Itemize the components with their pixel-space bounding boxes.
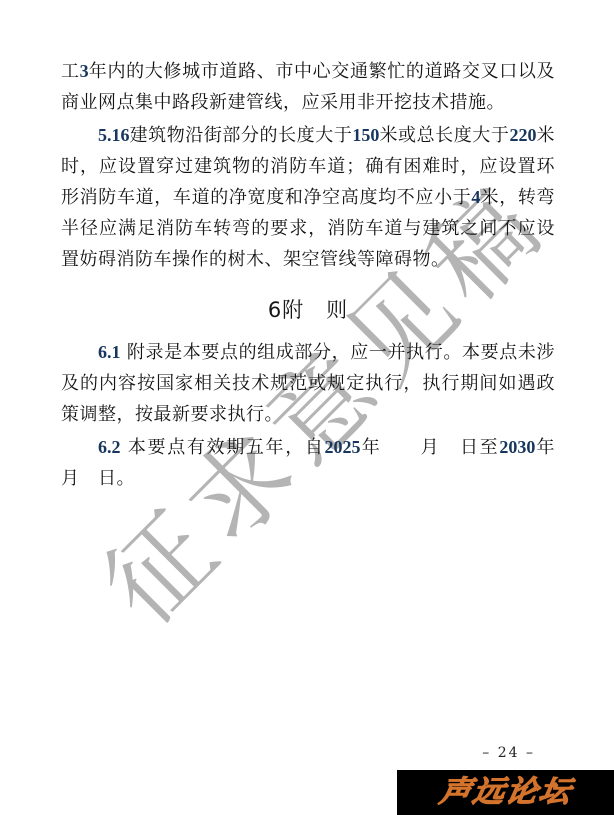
document-page: 征求意见稿 工3年内的大修城市道路、市中心交通繁忙的道路交叉口以及商业网点集中路… <box>0 0 614 815</box>
body-paragraph-6-2: 6.2 本要点有效期五年，自2025年 月 日至2030年 月 日。 <box>61 432 555 494</box>
forum-logo-text: 声远论坛 <box>437 778 574 807</box>
section-heading-6: 6附 则 <box>61 296 555 324</box>
document-body: 工3年内的大修城市道路、市中心交通繁忙的道路交叉口以及商业网点集中路段新建管线，… <box>61 56 555 494</box>
forum-logo: 声远论坛 <box>397 770 614 815</box>
body-paragraph-continuation: 工3年内的大修城市道路、市中心交通繁忙的道路交叉口以及商业网点集中路段新建管线，… <box>61 56 555 118</box>
body-paragraph-5-16: 5.16建筑物沿街部分的长度大于150米或总长度大于220米时，应设置穿过建筑物… <box>61 120 555 275</box>
body-paragraph-6-1: 6.1 附录是本要点的组成部分，应一并执行。本要点未涉及的内容按国家相关技术规范… <box>61 337 555 430</box>
page-number: – 24 – <box>482 745 535 761</box>
